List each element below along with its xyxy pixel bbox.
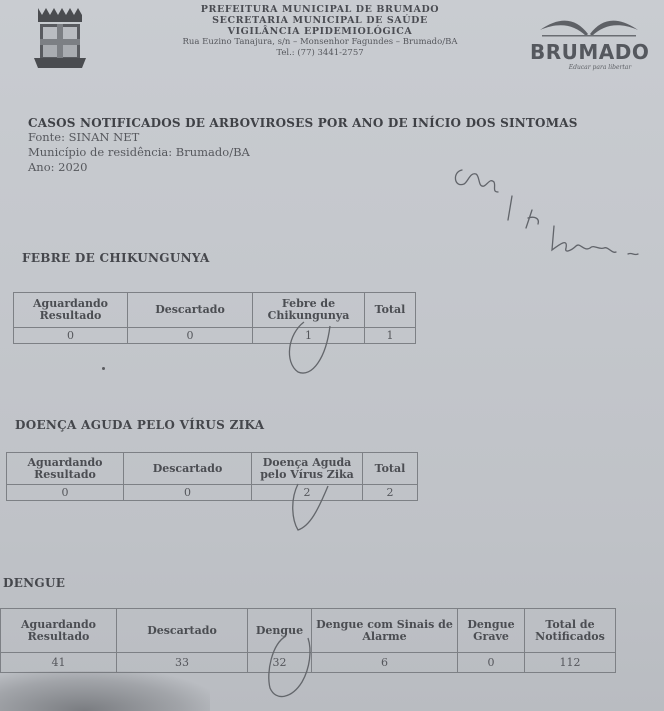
- cell-aguardando: 41: [1, 653, 117, 673]
- header-line-3: VIGILÂNCIA EPIDEMIOLÓGICA: [130, 26, 510, 37]
- header-chikungunya: Febre de Chikungunya: [253, 293, 365, 328]
- cell-aguardando: 0: [14, 328, 128, 344]
- header-aguardando: Aguardando Resultado: [14, 293, 128, 328]
- header-total: Total: [363, 453, 418, 485]
- brand-tagline: Educar para libertar: [560, 64, 640, 71]
- cell-dengue-grave: 0: [458, 653, 525, 673]
- cell-total: 1: [365, 328, 416, 344]
- cell-dengue-alarme: 6: [312, 653, 458, 673]
- cell-chikungunya: 1: [253, 328, 365, 344]
- header-descartado: Descartado: [124, 453, 252, 485]
- brand-name: BRUMADO: [530, 40, 648, 64]
- chikungunya-table: Aguardando Resultado Descartado Febre de…: [13, 292, 416, 344]
- cell-total-notificados: 112: [525, 653, 616, 673]
- handwritten-signature: [448, 158, 648, 268]
- zika-table: Aguardando Resultado Descartado Doença A…: [6, 452, 418, 501]
- report-source: Fonte: SINAN NET: [28, 130, 578, 145]
- coat-of-arms-icon: [32, 6, 88, 72]
- header-dengue-grave: Dengue Grave: [458, 609, 525, 653]
- cell-descartado: 33: [117, 653, 248, 673]
- header-dengue-alarme: Dengue com Sinais de Alarme: [312, 609, 458, 653]
- dengue-table: Aguardando Resultado Descartado Dengue D…: [0, 608, 616, 673]
- section-title-zika: DOENÇA AGUDA PELO VÍRUS ZIKA: [15, 418, 264, 432]
- cell-descartado: 0: [128, 328, 253, 344]
- section-title-chikungunya: FEBRE DE CHIKUNGUNYA: [22, 251, 210, 265]
- header-total-notificados: Total de Notificados: [525, 609, 616, 653]
- cell-dengue: 32: [248, 653, 312, 673]
- header-phone: Tel.: (77) 3441-2757: [130, 48, 510, 59]
- header-aguardando: Aguardando Resultado: [7, 453, 124, 485]
- header-line-1: PREFEITURA MUNICIPAL DE BRUMADO: [130, 4, 510, 15]
- header-total: Total: [365, 293, 416, 328]
- cell-descartado: 0: [124, 485, 252, 501]
- report-title: CASOS NOTIFICADOS DE ARBOVIROSES POR ANO…: [28, 116, 578, 130]
- header-aguardando: Aguardando Resultado: [1, 609, 117, 653]
- letterhead: PREFEITURA MUNICIPAL DE BRUMADO SECRETAR…: [130, 4, 510, 59]
- wings-icon: [530, 14, 648, 40]
- header-descartado: Descartado: [117, 609, 248, 653]
- brumado-logo: BRUMADO Educar para libertar: [530, 14, 648, 74]
- header-line-2: SECRETARIA MUNICIPAL DE SAÚDE: [130, 15, 510, 26]
- ink-dot: [102, 367, 105, 370]
- section-title-dengue: DENGUE: [3, 576, 65, 590]
- header-descartado: Descartado: [128, 293, 253, 328]
- header-dengue: Dengue: [248, 609, 312, 653]
- header-address: Rua Euzino Tanajura, s/n – Monsenhor Fag…: [130, 37, 510, 48]
- cell-total: 2: [363, 485, 418, 501]
- cell-zika: 2: [252, 485, 363, 501]
- header-zika: Doença Aguda pelo Vírus Zika: [252, 453, 363, 485]
- photo-shadow: [0, 671, 210, 711]
- cell-aguardando: 0: [7, 485, 124, 501]
